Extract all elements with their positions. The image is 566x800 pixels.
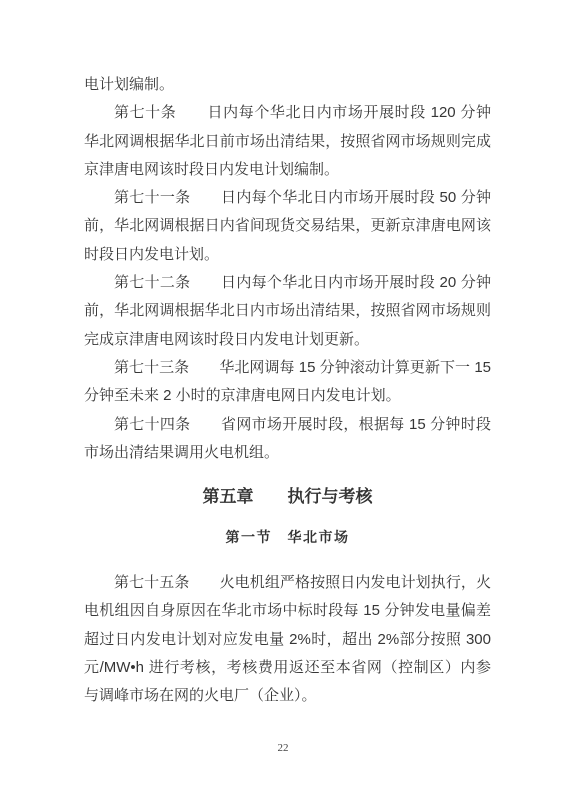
text-line: 元/MW•h 进行考核，考核费用返还至本省网（控制区）内参	[84, 654, 491, 682]
text-line: 时段日内发电计划。	[84, 241, 491, 269]
page-number: 22	[0, 742, 566, 754]
text-line: 华北网调根据华北日前市场出清结果，按照省网市场规则完成	[84, 128, 491, 156]
text-line: 完成京津唐电网该时段日内发电计划更新。	[84, 326, 491, 354]
text-line: 第七十三条 华北网调每 15 分钟滚动计算更新下一 15	[84, 354, 491, 382]
document-page: 电计划编制。 第七十条 日内每个华北日内市场开展时段 120 分钟前， 华北网调…	[0, 0, 566, 800]
section-heading: 第一节 华北市场	[84, 525, 491, 553]
text-line: 与调峰市场在网的火电厂（企业）。	[84, 682, 491, 710]
text-line: 市场出清结果调用火电机组。	[84, 439, 491, 467]
text-line: 京津唐电网该时段日内发电计划编制。	[84, 156, 491, 184]
text-line: 第七十二条 日内每个华北日内市场开展时段 20 分钟	[84, 269, 491, 297]
text-line: 第七十五条 火电机组严格按照日内发电计划执行，火	[84, 569, 491, 597]
text-line: 电计划编制。	[84, 71, 491, 99]
text-line: 第七十一条 日内每个华北日内市场开展时段 50 分钟	[84, 184, 491, 212]
text-line: 电机组因自身原因在华北市场中标时段每 15 分钟发电量偏差	[84, 597, 491, 625]
text-line: 超过日内发电计划对应发电量 2%时，超出 2%部分按照 300	[84, 626, 491, 654]
chapter-heading: 第五章 执行与考核	[84, 483, 491, 511]
text-line: 前，华北网调根据华北日内市场出清结果，按照省网市场规则	[84, 297, 491, 325]
text-line: 分钟至未来 2 小时的京津唐电网日内发电计划。	[84, 382, 491, 410]
body-text-lower: 第七十五条 火电机组严格按照日内发电计划执行，火 电机组因自身原因在华北市场中标…	[84, 569, 491, 710]
text-line: 第七十条 日内每个华北日内市场开展时段 120 分钟前，	[84, 99, 491, 127]
body-text-upper: 电计划编制。 第七十条 日内每个华北日内市场开展时段 120 分钟前， 华北网调…	[84, 71, 491, 467]
text-line: 第七十四条 省网市场开展时段，根据每 15 分钟时段	[84, 411, 491, 439]
text-line: 前，华北网调根据日内省间现货交易结果，更新京津唐电网该	[84, 212, 491, 240]
